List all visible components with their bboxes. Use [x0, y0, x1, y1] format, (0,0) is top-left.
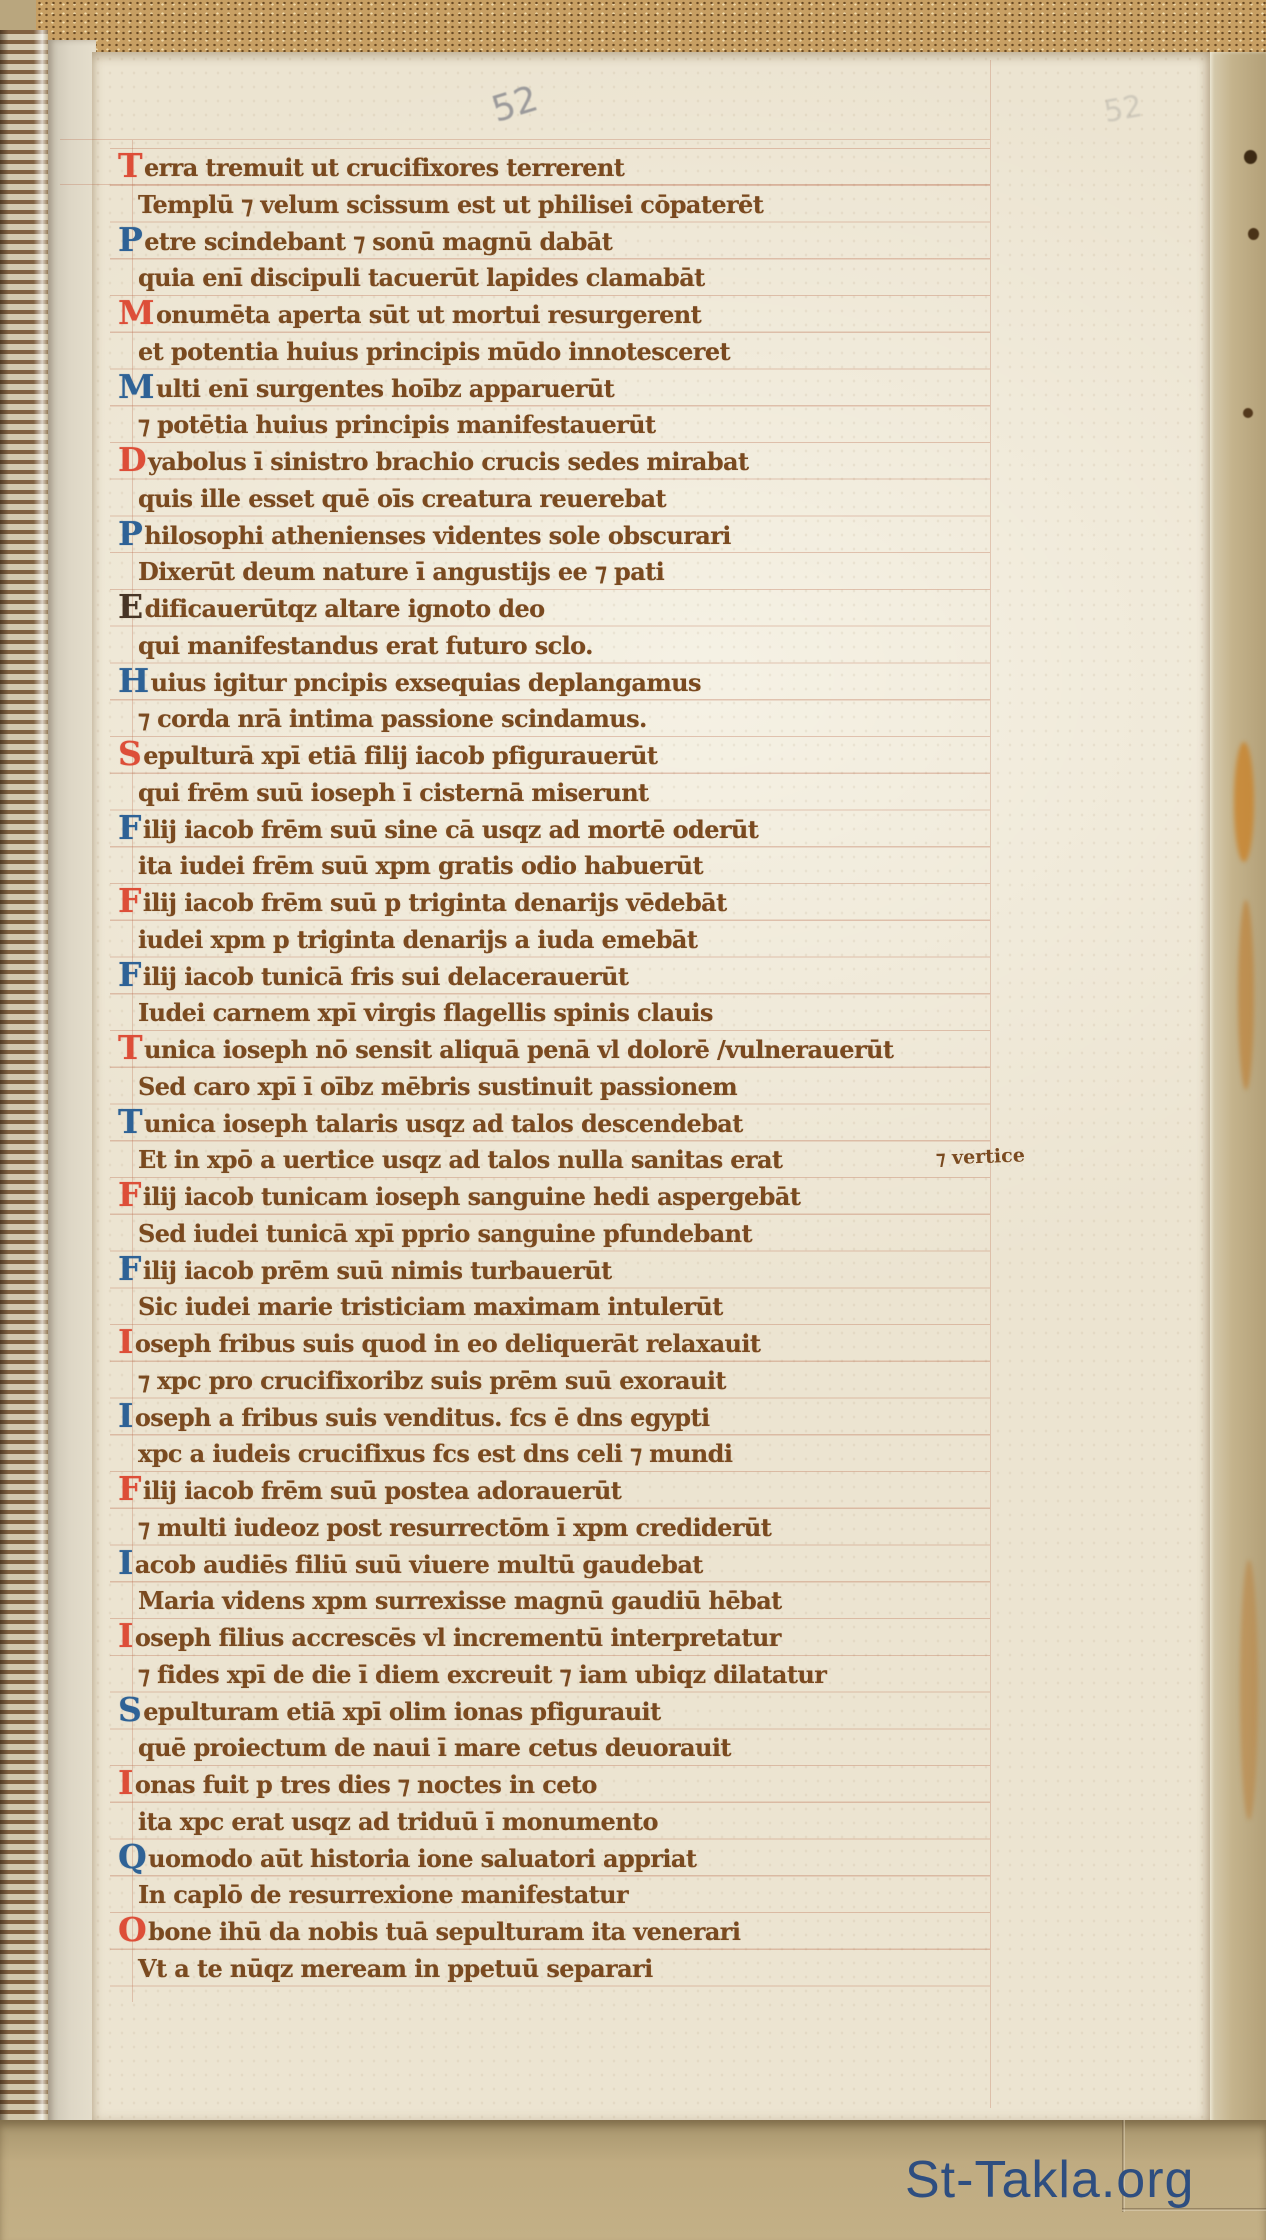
red-initial: F [118, 886, 141, 916]
manuscript-line: et potentia huius principis mūdo innotes… [138, 334, 1148, 371]
manuscript-line: Sepulturā xpī etiā filij iacob pfiguraue… [138, 738, 1148, 775]
red-initial: M [118, 298, 154, 328]
edge-spot [1244, 150, 1257, 164]
red-initial: S [118, 739, 141, 769]
blue-initial: T [118, 1107, 142, 1137]
blue-initial: F [118, 960, 141, 990]
manuscript-line: Ioseph fribus suis quod in eo deliquerāt… [138, 1326, 1148, 1363]
manuscript-line: Sepulturam etiā xpī olim ionas pfiguraui… [138, 1694, 1148, 1731]
edge-spot [1248, 228, 1259, 240]
red-initial: T [118, 151, 142, 181]
manuscript-line: Quomodo aūt historia ione saluatori appr… [138, 1841, 1148, 1878]
edge-spot [1243, 408, 1253, 418]
manuscript-line: Ionas fuit p tres dies ⁊ noctes in ceto [138, 1767, 1148, 1804]
manuscript-line: Filij iacob tunicā fris sui delacerauerū… [138, 959, 1148, 996]
manuscript-line: ita iudei frēm suū xpm gratis odio habue… [138, 848, 1148, 885]
red-initial: F [118, 1180, 141, 1210]
manuscript-line: Multi enī surgentes hoībz apparuerūt [138, 371, 1148, 408]
dark-initial: E [118, 592, 143, 622]
manuscript-line: Maria videns xpm surrexisse magnū gaudiū… [138, 1583, 1148, 1620]
manuscript-line: Ioseph a fribus suis venditus. fcs ē dns… [138, 1400, 1148, 1437]
manuscript-line: Sic iudei marie tristiciam maximam intul… [138, 1289, 1148, 1326]
manuscript-line: Philosophi athenienses videntes sole obs… [138, 518, 1148, 555]
red-initial: D [118, 445, 146, 475]
blue-initial: H [118, 666, 149, 696]
blue-initial: S [118, 1695, 141, 1725]
manuscript-line: Filij iacob frēm suū postea adorauerūt [138, 1473, 1148, 1510]
manuscript-line: ⁊ potētia huius principis manifestauerūt [138, 407, 1148, 444]
manuscript-line: Sed iudei tunicā xpī pprio sanguine pfun… [138, 1216, 1148, 1253]
manuscript-line: Iacob audiēs filiū suū viuere multū gaud… [138, 1547, 1148, 1584]
manuscript-line: iudei xpm p triginta denarijs a iuda eme… [138, 922, 1148, 959]
blue-initial: I [118, 1548, 133, 1578]
site-watermark: St-Takla.org [905, 2150, 1194, 2210]
blue-initial: M [118, 372, 154, 402]
manuscript-line: xpc a iudeis crucifixus fcs est dns celi… [138, 1436, 1148, 1473]
manuscript-line: quis ille esset quē oīs creatura reuereb… [138, 481, 1148, 518]
text-block: Terra tremuit ut crucifixores terrerentT… [138, 150, 1148, 1988]
manuscript-line: ⁊ multi iudeoz post resurrectōm ī xpm cr… [138, 1510, 1148, 1547]
ruling-top-line [60, 139, 990, 140]
manuscript-line: Tunica ioseph talaris usqz ad talos desc… [138, 1106, 1148, 1143]
manuscript-line: Vt a te nūqz meream in ppetuū separari [138, 1951, 1148, 1988]
manuscript-line: Edificauerūtqz altare ignoto deo [138, 591, 1148, 628]
left-page-edges [0, 30, 48, 2240]
manuscript-line: Filij iacob tunicam ioseph sanguine hedi… [138, 1179, 1148, 1216]
folio-number-faint: 52 [1101, 89, 1145, 130]
blue-initial: I [118, 1401, 133, 1431]
manuscript-line: Filij iacob prēm suū nimis turbauerūt [138, 1253, 1148, 1290]
manuscript-line: qui frēm suū ioseph ī cisternā miserunt [138, 775, 1148, 812]
manuscript-line: Templū ⁊ velum scissum est ut philisei c… [138, 187, 1148, 224]
blue-initial: P [118, 519, 142, 549]
manuscript-line: Tunica ioseph nō sensit aliquā penā vl d… [138, 1032, 1148, 1069]
manuscript-photo: 52 52 Terra tremuit ut crucifixores terr… [0, 0, 1266, 2240]
edge-stain [1240, 1560, 1258, 1820]
manuscript-line: qui manifestandus erat futuro sclo. [138, 628, 1148, 665]
manuscript-line: In caplō de resurrexione manifestatur [138, 1877, 1148, 1914]
red-initial: T [118, 1033, 142, 1063]
manuscript-line: Dixerūt deum nature ī angustijs ee ⁊ pat… [138, 554, 1148, 591]
manuscript-line: ⁊ corda nrā intima passione scindamus. [138, 701, 1148, 738]
blue-initial: Q [118, 1842, 146, 1872]
manuscript-line: Petre scindebant ⁊ sonū magnū dabāt [138, 224, 1148, 261]
blue-initial: F [118, 1254, 141, 1284]
right-page-edges [1210, 52, 1266, 2130]
red-initial: I [118, 1768, 133, 1798]
blue-initial: F [118, 813, 141, 843]
manuscript-line: Iudei carnem xpī virgis flagellis spinis… [138, 995, 1148, 1032]
manuscript-line: Filij iacob frēm suū p triginta denarijs… [138, 885, 1148, 922]
manuscript-line: ita xpc erat usqz ad triduū ī monumento [138, 1804, 1148, 1841]
manuscript-line: ⁊ fides xpī de die ī diem excreuit ⁊ iam… [138, 1657, 1148, 1694]
red-initial: F [118, 1474, 141, 1504]
manuscript-line: Sed caro xpī ī oībz mēbris sustinuit pas… [138, 1069, 1148, 1106]
manuscript-line: quē proiectum de naui ī mare cetus deuor… [138, 1730, 1148, 1767]
red-initial: I [118, 1327, 133, 1357]
marginal-note: ⁊ vertice [936, 1144, 1026, 1169]
book-board-top-edge [36, 0, 1266, 58]
red-initial: I [118, 1621, 133, 1651]
manuscript-line: ⁊ xpc pro crucifixoribz suis prēm suū ex… [138, 1363, 1148, 1400]
manuscript-line: Ioseph filius accrescēs vl incrementū in… [138, 1620, 1148, 1657]
manuscript-line: Dyabolus ī sinistro brachio crucis sedes… [138, 444, 1148, 481]
red-initial: O [118, 1915, 146, 1945]
manuscript-line: Huius igitur pncipis exsequias deplangam… [138, 665, 1148, 702]
gutter-fold [48, 40, 96, 2240]
manuscript-line: Terra tremuit ut crucifixores terrerent [138, 150, 1148, 187]
manuscript-line: Monumēta aperta sūt ut mortui resurgeren… [138, 297, 1148, 334]
manuscript-line: Filij iacob frēm suū sine cā usqz ad mor… [138, 812, 1148, 849]
manuscript-line: Obone ihū da nobis tuā sepulturam ita ve… [138, 1914, 1148, 1951]
blue-initial: P [118, 225, 142, 255]
edge-stain [1238, 900, 1254, 1090]
manuscript-line: quia enī discipuli tacuerūt lapides clam… [138, 260, 1148, 297]
edge-stain [1234, 742, 1254, 862]
